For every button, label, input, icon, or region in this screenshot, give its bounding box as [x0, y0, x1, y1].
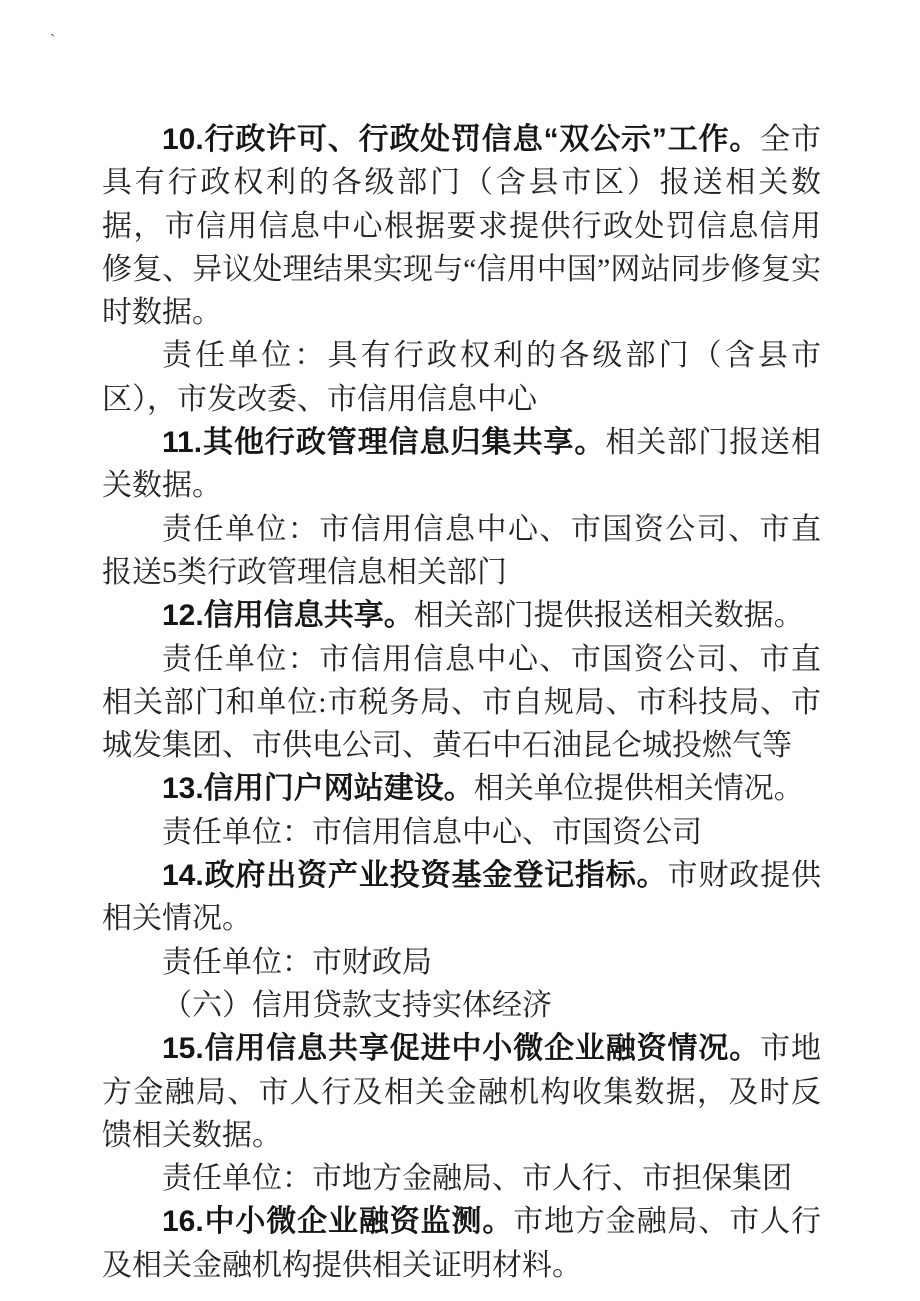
section-heading-6: （六）信用贷款支持实体经济 [102, 984, 821, 1027]
body-text: （六）信用贷款支持实体经济 [162, 989, 552, 1022]
item-title-text: 12.信用信息共享。 [162, 599, 414, 632]
responsible-unit-11: 责任单位：市信用信息中心、市国资公司、市直报送5类行政管理信息相关部门 [102, 508, 821, 595]
item-title-text: 10.行政许可、行政处罚信息“双公示”工作。 [162, 123, 760, 156]
body-text: 责任单位：市信用信息中心、市国资公司 [162, 816, 702, 849]
item-title-text: 11.其他行政管理信息归集共享。 [162, 426, 605, 459]
item-title-text: 15.信用信息共享促进中小微企业融资情况。 [162, 1032, 760, 1065]
body-text: 责任单位：具有行政权利的各级部门（含县市区），市发改委、市信用信息中心 [102, 339, 821, 415]
item-14: 14.政府出资产业投资基金登记指标。市财政提供相关情况。 [102, 854, 821, 941]
item-title-text: 14.政府出资产业投资基金登记指标。 [162, 859, 668, 892]
responsible-unit-13: 责任单位：市信用信息中心、市国资公司 [102, 811, 821, 854]
responsible-unit-14: 责任单位：市财政局 [102, 941, 821, 984]
page-number: 6 [455, 1202, 466, 1226]
document-page: ` 10.行政许可、行政处罚信息“双公示”工作。全市具有行政权利的各级部门（含县… [0, 0, 920, 1301]
document-body: 10.行政许可、行政处罚信息“双公示”工作。全市具有行政权利的各级部门（含县市区… [102, 118, 821, 1287]
body-text: 相关单位提供相关情况。 [474, 772, 804, 805]
responsible-unit-15: 责任单位：市地方金融局、市人行、市担保集团 [102, 1157, 821, 1200]
responsible-unit-12: 责任单位：市信用信息中心、市国资公司、市直相关部门和单位:市税务局、市自规局、市… [102, 638, 821, 768]
item-10: 10.行政许可、行政处罚信息“双公示”工作。全市具有行政权利的各级部门（含县市区… [102, 118, 821, 334]
body-text: 责任单位：市地方金融局、市人行、市担保集团 [162, 1162, 792, 1195]
item-title-text: 13.信用门户网站建设。 [162, 772, 474, 805]
page-footer: 6 [0, 1202, 920, 1227]
stray-scan-mark: ` [50, 32, 55, 50]
body-text: 责任单位：市信用信息中心、市国资公司、市直相关部门和单位:市税务局、市自规局、市… [102, 643, 821, 763]
responsible-unit-10: 责任单位：具有行政权利的各级部门（含县市区），市发改委、市信用信息中心 [102, 334, 821, 421]
item-15: 15.信用信息共享促进中小微企业融资情况。市地方金融局、市人行及相关金融机构收集… [102, 1027, 821, 1157]
body-text: 责任单位：市财政局 [162, 946, 432, 979]
item-12: 12.信用信息共享。相关部门提供报送相关数据。 [102, 594, 821, 637]
body-text: 责任单位：市信用信息中心、市国资公司、市直报送5类行政管理信息相关部门 [102, 513, 821, 589]
body-text: 相关部门提供报送相关数据。 [414, 599, 804, 632]
item-11: 11.其他行政管理信息归集共享。相关部门报送相关数据。 [102, 421, 821, 508]
item-13: 13.信用门户网站建设。相关单位提供相关情况。 [102, 767, 821, 810]
